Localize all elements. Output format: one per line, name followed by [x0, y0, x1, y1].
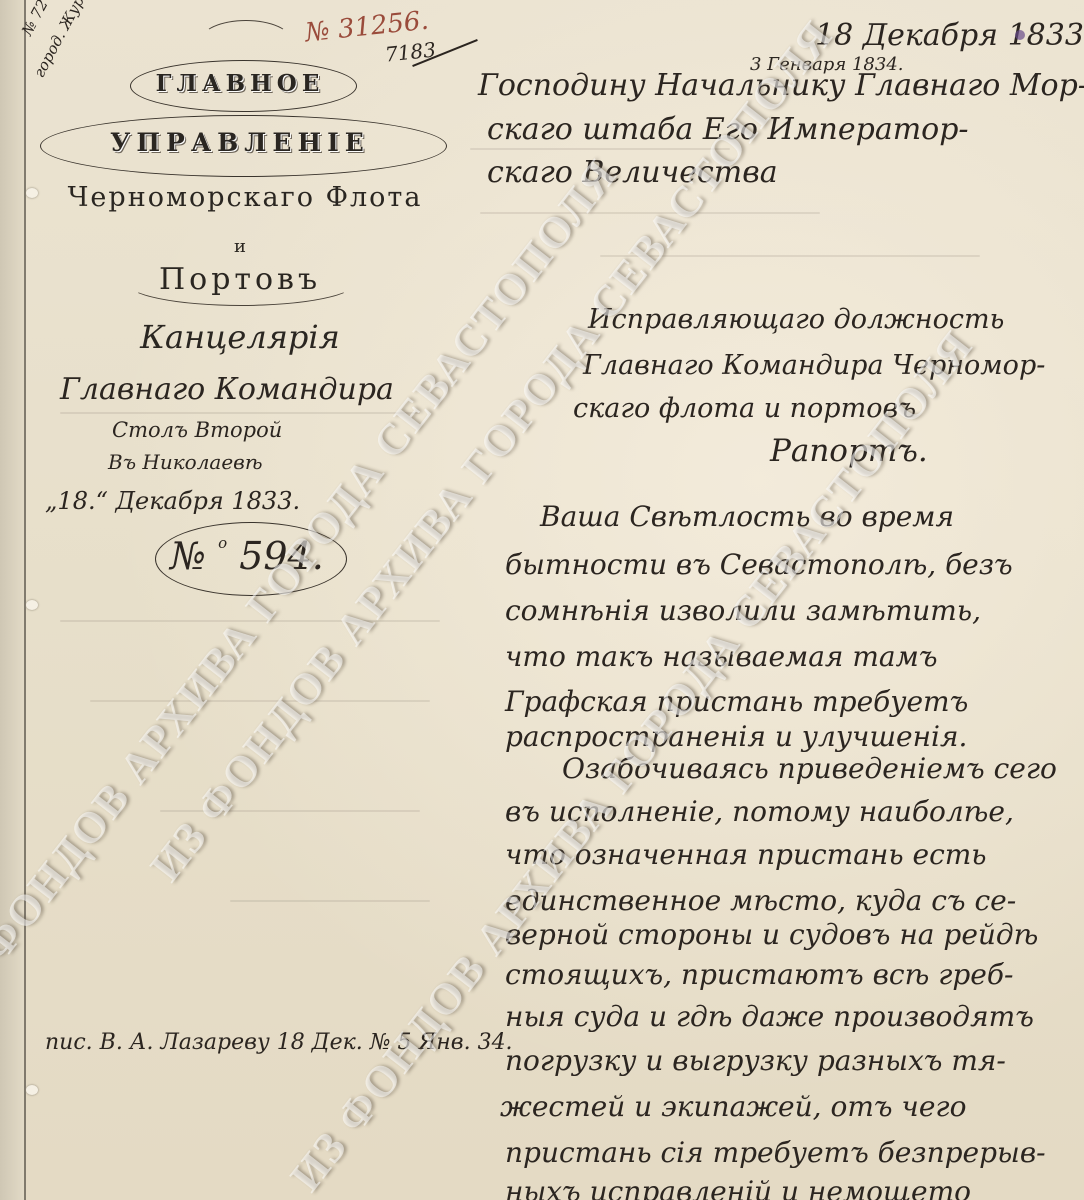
- letterhead-line-2: УПРАВЛЕНІЕ: [60, 128, 420, 157]
- body-line: жестей и экипажей, отъ чего: [500, 1090, 966, 1123]
- violet-ink-mark: [1015, 30, 1025, 40]
- body-line: Графская пристань требуетъ: [505, 685, 968, 718]
- bleed-through-line: [470, 148, 730, 150]
- body-line: пристань сія требуетъ безпрерыв-: [505, 1136, 1046, 1169]
- flourish-ornament: [200, 20, 292, 62]
- body-line: ныхъ исправленій и немощето: [505, 1175, 971, 1200]
- bleed-through-line: [90, 700, 430, 702]
- letterhead-line-5: Портовъ: [130, 262, 350, 297]
- letterhead-date: „18.“ Декабря 1833.: [45, 487, 300, 515]
- document-page: № 72 город. Жур. № 31256. 7183 ГЛАВНОЕ У…: [0, 0, 1084, 1200]
- receipt-date-1: 18 Декабря 1833.: [815, 18, 1084, 53]
- body-line: распространенія и улучшенія.: [505, 720, 967, 753]
- bleed-through-line: [230, 900, 430, 902]
- body-line: стоящихъ, пристаютъ всѣ греб-: [505, 958, 1013, 991]
- letterhead-line-3: Черноморскаго Флота: [30, 182, 460, 213]
- binding-edge: [0, 0, 24, 1200]
- body-line: погрузку и выгрузку разныхъ тя-: [505, 1044, 1006, 1077]
- binding-fold-line: [24, 0, 26, 1200]
- binding-stitch: [26, 600, 38, 610]
- registry-sub-number: 7183: [384, 37, 437, 66]
- letterhead-line-4: и: [200, 236, 280, 257]
- letterhead-line-9: Въ Николаевѣ: [108, 450, 262, 474]
- body-line: верной стороны и судовъ на рейдѣ: [505, 918, 1038, 951]
- number-sign: №: [170, 534, 206, 578]
- letterhead-line-6: Канцелярія: [90, 318, 390, 356]
- letterhead-line-1: ГЛАВНОЕ: [140, 70, 340, 97]
- body-line: единственное мѣсто, куда съ се-: [505, 884, 1016, 917]
- binding-stitch: [26, 1085, 38, 1095]
- bleed-through-line: [60, 412, 420, 414]
- body-line: ныя суда и гдѣ даже производятъ: [505, 1000, 1034, 1033]
- letterhead-line-7: Главнаго Командира: [60, 372, 394, 407]
- body-line: Ваша Свѣтлость во время: [540, 500, 954, 533]
- letterhead-line-8: Столъ Второй: [112, 418, 282, 442]
